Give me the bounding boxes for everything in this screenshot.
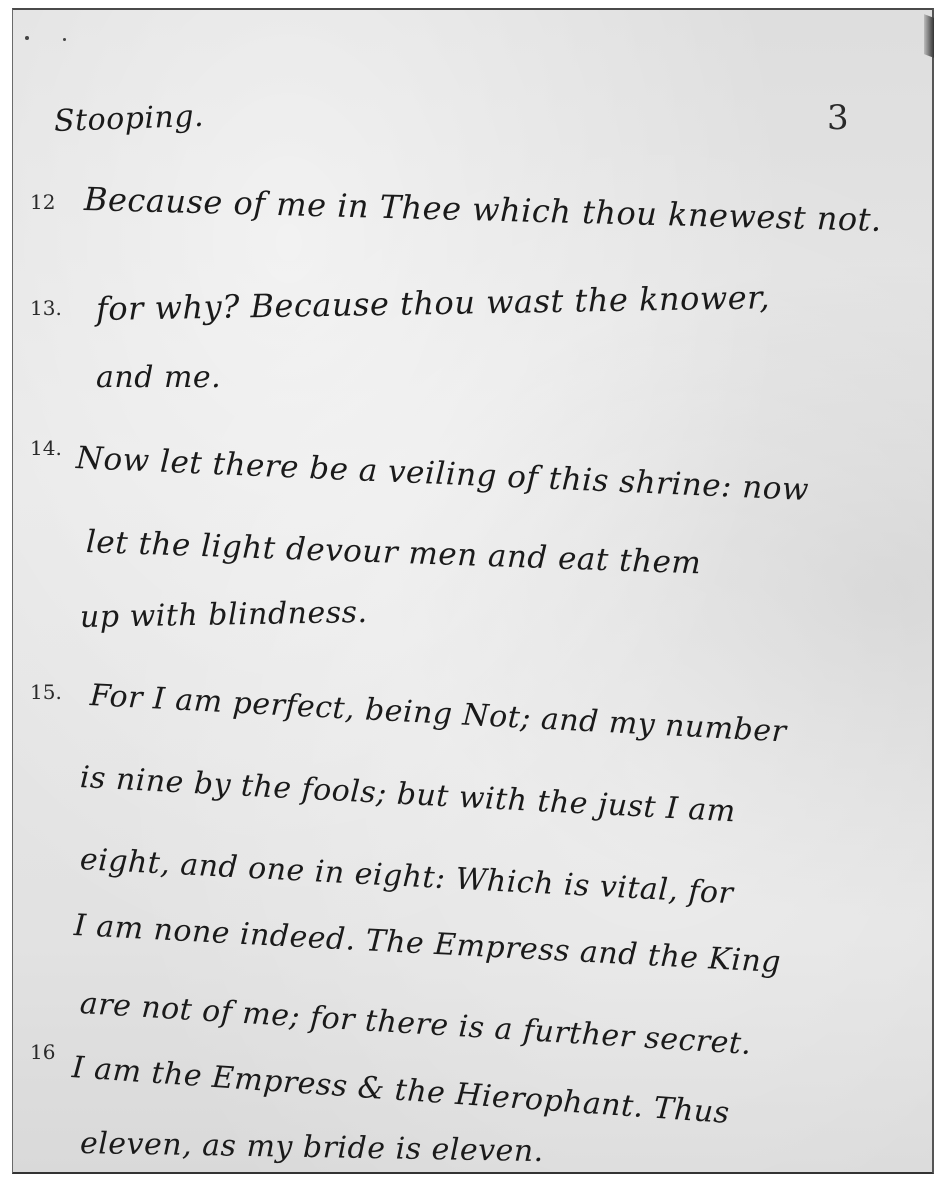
- verse-line: up with blindness.: [80, 595, 368, 635]
- verse-number: 12: [30, 190, 55, 214]
- ink-speck: [25, 36, 29, 40]
- page-number: 3: [827, 98, 849, 138]
- page-heading: Stooping.: [53, 99, 204, 139]
- verse-number: 15.: [30, 680, 62, 704]
- ink-speck: [63, 38, 66, 41]
- folded-corner: [924, 14, 934, 58]
- verse-number: 13.: [30, 296, 62, 320]
- verse-number: 16: [30, 1040, 55, 1064]
- verse-number: 14.: [30, 436, 62, 460]
- verse-line: and me.: [96, 360, 221, 395]
